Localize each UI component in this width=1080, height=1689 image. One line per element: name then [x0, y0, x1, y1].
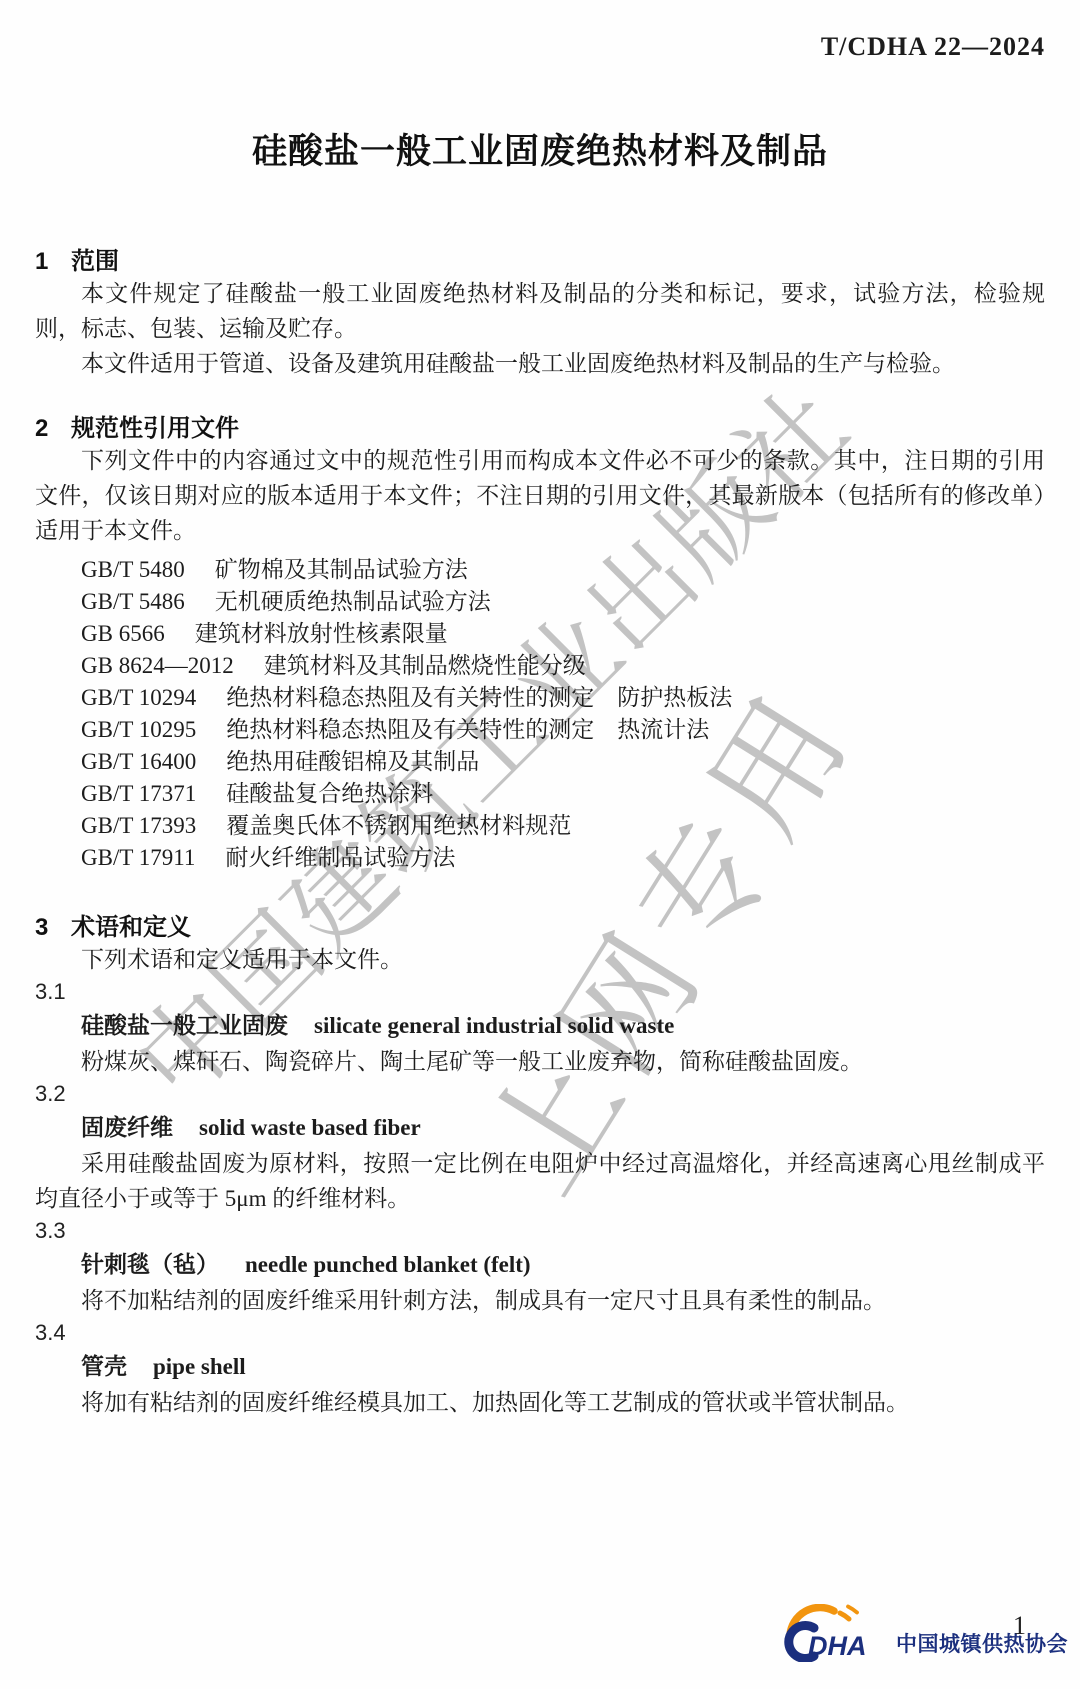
term-title: 管壳pipe shell [35, 1348, 1045, 1385]
association-name: 中国城镇供热协会 [896, 1634, 1068, 1656]
term-title: 固废纤维solid waste based fiber [35, 1109, 1045, 1146]
reference-title: 建筑材料放射性核素限量 [195, 618, 448, 650]
section-1-number: 1 [35, 248, 71, 276]
term-definition: 将加有粘结剂的固废纤维经模具加工、加热固化等工艺制成的管状或半管状制品。 [35, 1385, 1045, 1420]
reference-title: 建筑材料及其制品燃烧性能分级 [264, 650, 586, 682]
reference-item: GB/T 10295绝热材料稳态热阻及有关特性的测定 热流计法 [35, 714, 1045, 746]
reference-code: GB/T 17911 [81, 842, 195, 874]
reference-item: GB/T 16400绝热用硅酸铝棉及其制品 [35, 746, 1045, 778]
reference-item: GB/T 17911耐火纤维制品试验方法 [35, 842, 1045, 874]
term-en: silicate general industrial solid waste [314, 1013, 674, 1038]
document-page: 中国建筑工业出版社 上网专用 T/CDHA 22—2024 硅酸盐一般工业固废绝… [0, 0, 1080, 1689]
reference-code: GB/T 5486 [81, 586, 185, 618]
document-title: 硅酸盐一般工业固废绝热材料及制品 [35, 132, 1045, 172]
cdha-logo-icon: DHA [778, 1604, 890, 1662]
page-number: 1 [1013, 1612, 1026, 1640]
reference-item: GB 8624—2012建筑材料及其制品燃烧性能分级 [35, 650, 1045, 682]
reference-code: GB 8624—2012 [81, 650, 234, 682]
scope-paragraph-2: 本文件适用于管道、设备及建筑用硅酸盐一般工业固废绝热材料及制品的生产与检验。 [35, 346, 1045, 381]
references-intro: 下列文件中的内容通过文中的规范性引用而构成本文件必不可少的条款。其中，注日期的引… [35, 443, 1045, 548]
reference-title: 绝热材料稳态热阻及有关特性的测定 热流计法 [226, 714, 709, 746]
section-2-label: 规范性引用文件 [71, 415, 239, 442]
section-3-heading: 3术语和定义 [35, 914, 1045, 942]
reference-item: GB/T 17393覆盖奥氏体不锈钢用绝热材料规范 [35, 810, 1045, 842]
term-number: 3.1 [35, 977, 1045, 1007]
svg-text:DHA: DHA [808, 1631, 867, 1661]
reference-title: 耐火纤维制品试验方法 [225, 842, 455, 874]
term-zh: 固废纤维 [81, 1114, 173, 1140]
section-2-number: 2 [35, 415, 71, 443]
reference-code: GB/T 17393 [81, 810, 196, 842]
term-number: 3.3 [35, 1216, 1045, 1246]
section-3-label: 术语和定义 [71, 914, 191, 941]
reference-code: GB/T 17371 [81, 778, 196, 810]
reference-code: GB/T 16400 [81, 746, 196, 778]
term-zh: 针刺毯（毡） [81, 1251, 219, 1277]
standard-code: T/CDHA 22—2024 [35, 34, 1045, 60]
reference-title: 无机硬质绝热制品试验方法 [215, 586, 491, 618]
term-number: 3.2 [35, 1079, 1045, 1109]
reference-title: 绝热材料稳态热阻及有关特性的测定 防护热板法 [226, 682, 732, 714]
term-en: solid waste based fiber [199, 1115, 421, 1140]
reference-code: GB/T 5480 [81, 554, 185, 586]
terms-intro: 下列术语和定义适用于本文件。 [35, 942, 1045, 977]
term-en: needle punched blanket (felt) [245, 1252, 531, 1277]
reference-title: 硅酸盐复合绝热涂料 [226, 778, 433, 810]
page-content: T/CDHA 22—2024 硅酸盐一般工业固废绝热材料及制品 1范围 本文件规… [0, 0, 1080, 1420]
reference-item: GB/T 5480矿物棉及其制品试验方法 [35, 554, 1045, 586]
term-en: pipe shell [153, 1354, 246, 1379]
reference-item: GB/T 10294绝热材料稳态热阻及有关特性的测定 防护热板法 [35, 682, 1045, 714]
section-2-heading: 2规范性引用文件 [35, 415, 1045, 443]
reference-code: GB/T 10295 [81, 714, 196, 746]
term-zh: 管壳 [81, 1353, 127, 1379]
section-1-label: 范围 [71, 248, 119, 275]
normative-references-list: GB/T 5480矿物棉及其制品试验方法 GB/T 5486无机硬质绝热制品试验… [35, 554, 1045, 874]
term-title: 针刺毯（毡）needle punched blanket (felt) [35, 1246, 1045, 1283]
reference-title: 矿物棉及其制品试验方法 [215, 554, 468, 586]
term-definition: 将不加粘结剂的固废纤维采用针刺方法，制成具有一定尺寸且具有柔性的制品。 [35, 1283, 1045, 1318]
term-number: 3.4 [35, 1318, 1045, 1348]
reference-item: GB/T 17371硅酸盐复合绝热涂料 [35, 778, 1045, 810]
term-title: 硅酸盐一般工业固废silicate general industrial sol… [35, 1007, 1045, 1044]
scope-paragraph-1: 本文件规定了硅酸盐一般工业固废绝热材料及制品的分类和标记，要求，试验方法，检验规… [35, 276, 1045, 346]
reference-code: GB/T 10294 [81, 682, 196, 714]
reference-title: 覆盖奥氏体不锈钢用绝热材料规范 [226, 810, 571, 842]
reference-code: GB 6566 [81, 618, 165, 650]
section-1-heading: 1范围 [35, 248, 1045, 276]
reference-item: GB/T 5486无机硬质绝热制品试验方法 [35, 586, 1045, 618]
section-3-number: 3 [35, 914, 71, 942]
reference-title: 绝热用硅酸铝棉及其制品 [226, 746, 479, 778]
term-zh: 硅酸盐一般工业固废 [81, 1012, 288, 1038]
reference-item: GB 6566建筑材料放射性核素限量 [35, 618, 1045, 650]
term-definition: 采用硅酸盐固废为原材料，按照一定比例在电阻炉中经过高温熔化，并经高速离心甩丝制成… [35, 1146, 1045, 1216]
term-definition: 粉煤灰、煤矸石、陶瓷碎片、陶土尾矿等一般工业废弃物，简称硅酸盐固废。 [35, 1044, 1045, 1079]
